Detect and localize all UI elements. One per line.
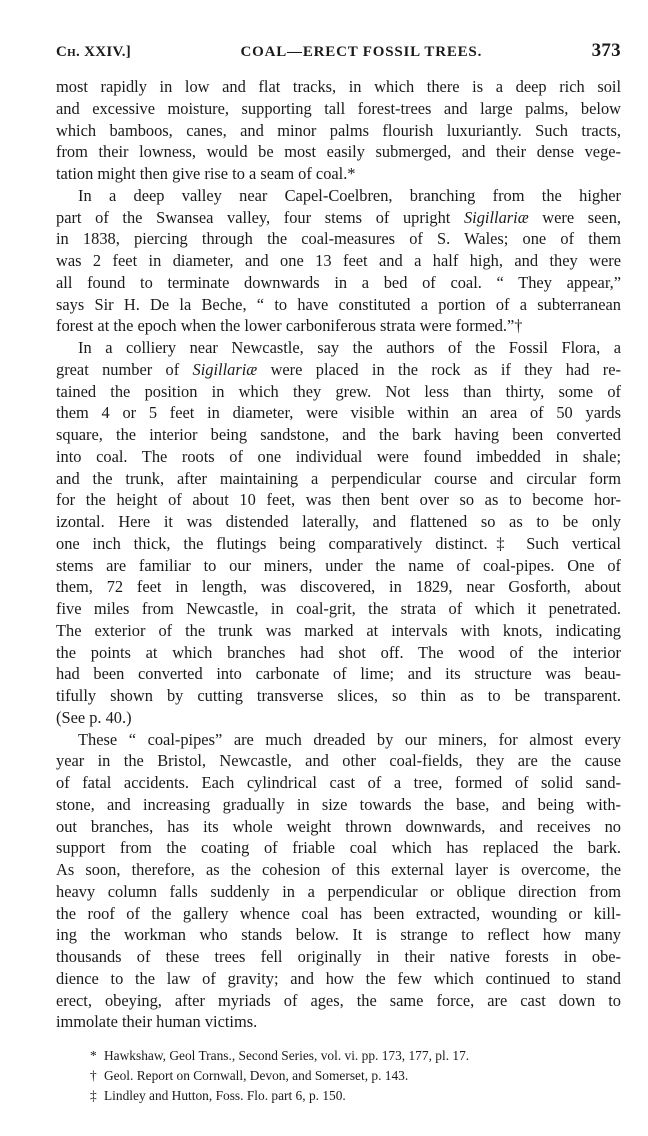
running-title: COAL—ERECT FOSSIL TREES. [240, 44, 482, 61]
page-number: 373 [592, 40, 621, 62]
footnote-text: Geol. Report on Cornwall, Devon, and Som… [104, 1068, 408, 1083]
text-line: in 1838, piercing through the coal-measu… [56, 228, 621, 250]
text-line: thousands of these trees fell originally… [56, 946, 621, 968]
text-line: of fatal accidents. Each cylindrical cas… [56, 772, 621, 794]
footnote-text: Lindley and Hutton, Foss. Flo. part 6, p… [104, 1088, 346, 1103]
text-line: into coal. The roots of one individual w… [56, 446, 621, 468]
text-line: them, 72 feet in length, was discovered,… [56, 576, 621, 598]
text-line: These “ coal-pipes” are much dreaded by … [56, 729, 621, 751]
text-line: out branches, has its whole weight throw… [56, 816, 621, 838]
text-line: part of the Swansea valley, four stems o… [56, 207, 621, 229]
text-line: from their lowness, would be most easily… [56, 141, 621, 163]
text-line: tifully shown by cutting transverse slic… [56, 685, 621, 707]
text-line: forest at the epoch when the lower carbo… [56, 315, 621, 337]
text-line: In a colliery near Newcastle, say the au… [56, 337, 621, 359]
text-line: had been converted into carbonate of lim… [56, 663, 621, 685]
footnote-text: Hawkshaw, Geol Trans., Second Series, vo… [104, 1048, 469, 1063]
text-line: for the height of about 10 feet, was the… [56, 489, 621, 511]
footnote-mark: * [90, 1046, 104, 1066]
footnote: †Geol. Report on Cornwall, Devon, and So… [90, 1066, 469, 1086]
text-line: the points at which branches had shot of… [56, 642, 621, 664]
text-line: most rapidly in low and flat tracks, in … [56, 76, 621, 98]
text-line: stems are familiar to our miners, under … [56, 555, 621, 577]
footnotes: *Hawkshaw, Geol Trans., Second Series, v… [90, 1046, 469, 1106]
paragraph: These “ coal-pipes” are much dreaded by … [56, 729, 621, 1034]
text-line: says Sir H. De la Beche, “ to have const… [56, 294, 621, 316]
text-line: year in the Bristol, Newcastle, and othe… [56, 750, 621, 772]
text-line: (See p. 40.) [56, 707, 621, 729]
text-line: izontal. Here it was distended laterally… [56, 511, 621, 533]
text-line: five miles from Newcastle, in coal-grit,… [56, 598, 621, 620]
footnote: ‡Lindley and Hutton, Foss. Flo. part 6, … [90, 1086, 469, 1106]
chapter-label: Ch. XXIV.] [56, 44, 131, 61]
paragraph: In a deep valley near Capel-Coelbren, br… [56, 185, 621, 337]
paragraph: most rapidly in low and flat tracks, in … [56, 76, 621, 185]
footnote: *Hawkshaw, Geol Trans., Second Series, v… [90, 1046, 469, 1066]
text-line: As soon, therefore, as the cohesion of t… [56, 859, 621, 881]
text-line: In a deep valley near Capel-Coelbren, br… [56, 185, 621, 207]
body-text: most rapidly in low and flat tracks, in … [56, 76, 621, 1033]
footnote-mark: ‡ [90, 1086, 104, 1106]
paragraph: In a colliery near Newcastle, say the au… [56, 337, 621, 729]
running-header: Ch. XXIV.] COAL—ERECT FOSSIL TREES. 373 [56, 40, 621, 66]
text-line: one inch thick, the flutings being compa… [56, 533, 621, 555]
text-line: dience to the law of gravity; and how th… [56, 968, 621, 990]
text-line: immolate their human victims. [56, 1011, 621, 1033]
text-line: square, the interior being sandstone, an… [56, 424, 621, 446]
text-line: tation might then give rise to a seam of… [56, 163, 621, 185]
text-line: and excessive moisture, supporting tall … [56, 98, 621, 120]
text-line: ing the workman who stands below. It is … [56, 924, 621, 946]
text-line: all found to terminate downwards in a be… [56, 272, 621, 294]
text-line: and the trunk, after maintaining a perpe… [56, 468, 621, 490]
footnote-mark: † [90, 1066, 104, 1086]
text-line: heavy column falls suddenly in a perpend… [56, 881, 621, 903]
text-line: which bamboos, canes, and minor palms fl… [56, 120, 621, 142]
text-line: tained the position in which they grew. … [56, 381, 621, 403]
text-line: stone, and increasing gradually in size … [56, 794, 621, 816]
text-line: erect, obeying, after myriads of ages, t… [56, 990, 621, 1012]
text-line: the roof of the gallery whence coal has … [56, 903, 621, 925]
text-line: The exterior of the trunk was marked at … [56, 620, 621, 642]
text-line: them 4 or 5 feet in diameter, were visib… [56, 402, 621, 424]
text-line: support from the coating of friable coal… [56, 837, 621, 859]
book-page: Ch. XXIV.] COAL—ERECT FOSSIL TREES. 373 … [56, 40, 621, 1033]
text-line: was 2 feet in diameter, and one 13 feet … [56, 250, 621, 272]
text-line: great number of Sigillariæ were placed i… [56, 359, 621, 381]
